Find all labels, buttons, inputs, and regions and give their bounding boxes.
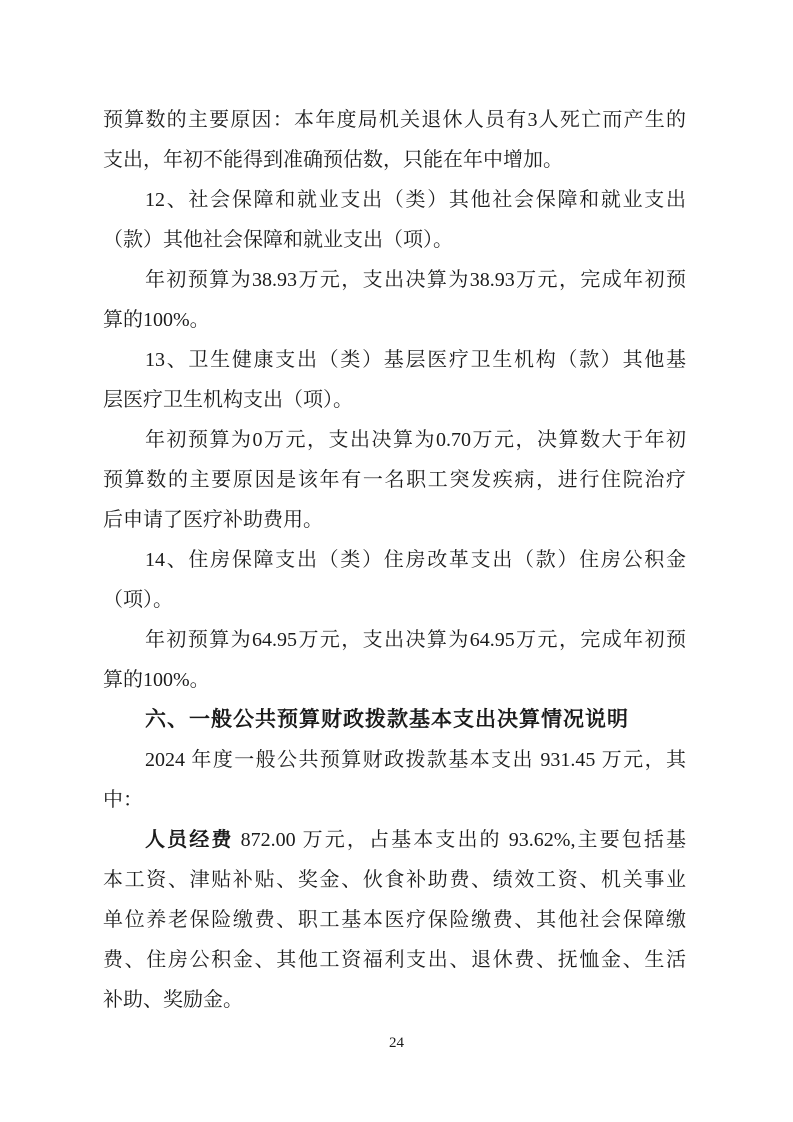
text-line: 12、社会保障和就业支出（类）其他社会保障和就业支出 [103, 180, 686, 220]
text-line: 算的100%。 [103, 660, 686, 700]
run-text: 年初预算为64.95万元，支出决算为64.95万元，完成年初预 [145, 629, 686, 651]
text-line: 预算数的主要原因是该年有一名职工突发疾病，进行住院治疗 [103, 460, 686, 500]
run-text: 单位养老保险缴费、职工基本医疗保险缴费、其他社会保障缴 [103, 909, 686, 931]
run-text: 后申请了医疗补助费用。 [103, 509, 323, 531]
text-line: 单位养老保险缴费、职工基本医疗保险缴费、其他社会保障缴 [103, 900, 686, 940]
text-line: 层医疗卫生机构支出（项）。 [103, 380, 686, 420]
text-line: 中： [103, 780, 686, 820]
text-line: 14、住房保障支出（类）住房改革支出（款）住房公积金 [103, 540, 686, 580]
emphasis-text: 人员经费 [145, 829, 233, 851]
document-body: 预算数的主要原因：本年度局机关退休人员有3人死亡而产生的支出，年初不能得到准确预… [103, 100, 686, 1020]
run-text: 预算数的主要原因是该年有一名职工突发疾病，进行住院治疗 [103, 469, 686, 491]
document-page: 预算数的主要原因：本年度局机关退休人员有3人死亡而产生的支出，年初不能得到准确预… [0, 0, 793, 1122]
section-heading-line: 六、一般公共预算财政拨款基本支出决算情况说明 [103, 700, 686, 740]
text-line: 人员经费 872.00 万元，占基本支出的 93.62%,主要包括基 [103, 820, 686, 860]
text-line: 支出，年初不能得到准确预估数，只能在年中增加。 [103, 140, 686, 180]
text-line: 年初预算为0万元，支出决算为0.70万元，决算数大于年初 [103, 420, 686, 460]
run-text: 年初预算为38.93万元，支出决算为38.93万元，完成年初预 [145, 269, 686, 291]
run-text: 12、社会保障和就业支出（类）其他社会保障和就业支出 [145, 189, 686, 211]
text-line: 补助、奖励金。 [103, 980, 686, 1020]
text-line: （项）。 [103, 580, 686, 620]
run-text: 本工资、津贴补贴、奖金、伙食补助费、绩效工资、机关事业 [103, 869, 686, 891]
run-text: 14、住房保障支出（类）住房改革支出（款）住房公积金 [145, 549, 686, 571]
text-line: 算的100%。 [103, 300, 686, 340]
text-line: 年初预算为38.93万元，支出决算为38.93万元，完成年初预 [103, 260, 686, 300]
text-line: 预算数的主要原因：本年度局机关退休人员有3人死亡而产生的 [103, 100, 686, 140]
page-number: 24 [0, 1035, 793, 1052]
run-text: 中： [103, 789, 143, 811]
run-text: 支出，年初不能得到准确预估数，只能在年中增加。 [103, 149, 563, 171]
run-text: （款）其他社会保障和就业支出（项）。 [103, 229, 453, 251]
run-text: 费、住房公积金、其他工资福利支出、退休费、抚恤金、生活 [103, 949, 686, 971]
run-text: 六、一般公共预算财政拨款基本支出决算情况说明 [145, 708, 629, 731]
run-text: （项）。 [103, 589, 173, 611]
run-text: 预算数的主要原因：本年度局机关退休人员有3人死亡而产生的 [103, 109, 686, 131]
text-line: 本工资、津贴补贴、奖金、伙食补助费、绩效工资、机关事业 [103, 860, 686, 900]
run-text: 13、卫生健康支出（类）基层医疗卫生机构（款）其他基 [145, 349, 686, 371]
run-text: 算的100%。 [103, 309, 210, 331]
run-text: 算的100%。 [103, 669, 210, 691]
run-text: 层医疗卫生机构支出（项）。 [103, 389, 353, 411]
text-line: 后申请了医疗补助费用。 [103, 500, 686, 540]
run-text: 872.00 万元，占基本支出的 93.62%,主要包括基 [233, 829, 686, 851]
run-text: 补助、奖励金。 [103, 989, 243, 1011]
run-text: 年初预算为0万元，支出决算为0.70万元，决算数大于年初 [145, 429, 686, 451]
run-text: 2024 年度一般公共预算财政拨款基本支出 931.45 万元，其 [145, 749, 686, 771]
text-line: 2024 年度一般公共预算财政拨款基本支出 931.45 万元，其 [103, 740, 686, 780]
text-line: 13、卫生健康支出（类）基层医疗卫生机构（款）其他基 [103, 340, 686, 380]
text-line: 年初预算为64.95万元，支出决算为64.95万元，完成年初预 [103, 620, 686, 660]
text-line: 费、住房公积金、其他工资福利支出、退休费、抚恤金、生活 [103, 940, 686, 980]
text-line: （款）其他社会保障和就业支出（项）。 [103, 220, 686, 260]
